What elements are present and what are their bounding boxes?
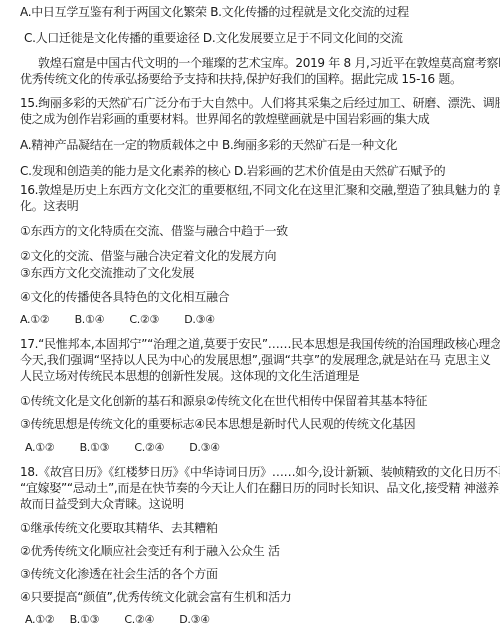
q15-option-d: D.岩彩画的艺术价值是由天然矿石赋予的 [234,164,445,178]
q18-choices: A.①② B.①③ C.②④ D.③④ [25,612,232,628]
q16-item: ④文化的传播使各具特色的文化相互融合 [20,289,229,305]
q18-choice-b: B.①③ [70,612,100,628]
q14-options-row2: C.人口迁徙是文化传播的重要途径 D.文化发展要立足于不同文化间的交流 [24,30,403,46]
q16-stem: 16.敦煌是历史上东西方文化交汇的重要枢纽,不同文化在这里汇聚和交融,塑造了独具… [20,182,500,198]
q18-choice-a: A.①② [25,612,54,628]
q16-choice-b: B.①④ [75,312,105,328]
passage-line: 敦煌石窟是中国古代文明的一个璀璨的艺术宝库。2019 年 8 月,习近平在敦煌莫… [38,55,500,71]
q15-option-c: C.发现和创造美的能力是文化素养的核心 [20,164,231,178]
q15-options-row2: C.发现和创造美的能力是文化素养的核心 D.岩彩画的艺术价值是由天然矿石赋予的 [20,163,445,179]
q17-item: ③传统思想是传统文化的重要标志④民本思想是新时代人民观的传统文化基因 [20,416,415,432]
q17-choices: A.①② B.①③ C.②④ D.③④ [25,440,242,456]
q16-stem: 化。这表明 [20,198,79,214]
q17-item: ①传统文化是文化创新的基石和源泉②传统文化在世代相传中保留着其基本特征 [20,393,427,409]
q16-item: ②文化的交流、借鉴与融合决定着文化的发展方向 [20,248,276,264]
q17-choice-d: D.③④ [189,440,220,456]
q16-choice-d: D.③④ [184,312,215,328]
q17-choice-c: C.②④ [134,440,164,456]
q18-stem: 18.《故宫日历》《红楼梦日历》《中华诗词日历》……如今,设计新颖、装帧精致的文… [20,464,500,480]
q18-stem: 故而日益受到大众青睐。这说明 [20,496,184,512]
q15-option-b: B.绚丽多彩的天然矿石是一种文化 [222,138,397,152]
q14-option-b: B.文化传播的过程就是文化交流的过程 [210,5,409,19]
q14-option-c: C.人口迁徙是文化传播的重要途径 [24,31,199,45]
q16-choice-a: A.①② [20,312,49,328]
passage-line: 优秀传统文化的传承弘扬要给予支持和扶持,保护好我们的国粹。据此完成 15-16 … [20,71,462,87]
q18-item: ①继承传统文化要取其精华、去其糟粕 [20,520,218,536]
q18-item: ④只要提高“颜值”,优秀传统文化就会富有生机和活力 [20,589,292,605]
q16-item: ③东西方文化交流推动了文化发展 [20,265,194,281]
q18-stem: “宜嫁娶”“忌动土”,而是在快节奏的今天让人们在翻日历的同时长知识、品文化,接受… [20,480,500,496]
q14-option-a: A.中日互学互鉴有利于两国文化繁荣 [20,5,207,19]
q15-option-a: A.精神产品凝结在一定的物质载体之中 [20,138,218,152]
q18-item: ②优秀传统文化顺应社会变迁有利于融入公众生 活 [20,543,280,559]
q18-choice-d: D.③④ [179,612,210,628]
q15-stem: 15.绚丽多彩的天然矿石广泛分布于大自然中。人们将其采集之后经过加工、研磨、漂洗… [20,95,500,111]
q18-choice-c: C.②④ [124,612,154,628]
q15-stem: 使之成为创作岩彩画的重要材料。世界闻名的敦煌壁画就是中国岩彩画的集大成 [20,111,430,127]
q16-choice-c: C.②③ [129,312,159,328]
q14-option-d: D.文化发展要立足于不同文化间的交流 [203,31,403,45]
q18-item: ③传统文化渗透在社会生活的各个方面 [20,566,218,582]
q16-item: ①东西方的文化特质在交流、借鉴与融合中趋于一致 [20,223,288,239]
q15-options-row1: A.精神产品凝结在一定的物质载体之中 B.绚丽多彩的天然矿石是一种文化 [20,137,397,153]
q17-choice-b: B.①③ [80,440,110,456]
q17-stem: 今天,我们强调“坚持以人民为中心的发展思想”,强调“共享”的发展理念,就是站在马… [20,352,491,368]
q16-choices: A.①② B.①④ C.②③ D.③④ [20,312,237,328]
q14-options-row1: A.中日互学互鉴有利于两国文化繁荣 B.文化传播的过程就是文化交流的过程 [20,4,409,20]
q17-stem: 17.“民惟邦本,本固邦宁”“治理之道,莫要于安民”……民本思想是我国传统的治国… [20,336,500,352]
q17-choice-a: A.①② [25,440,54,456]
q17-stem: 人民立场对传统民本思想的创新性发展。这体现的文化生活道理是 [20,368,359,384]
